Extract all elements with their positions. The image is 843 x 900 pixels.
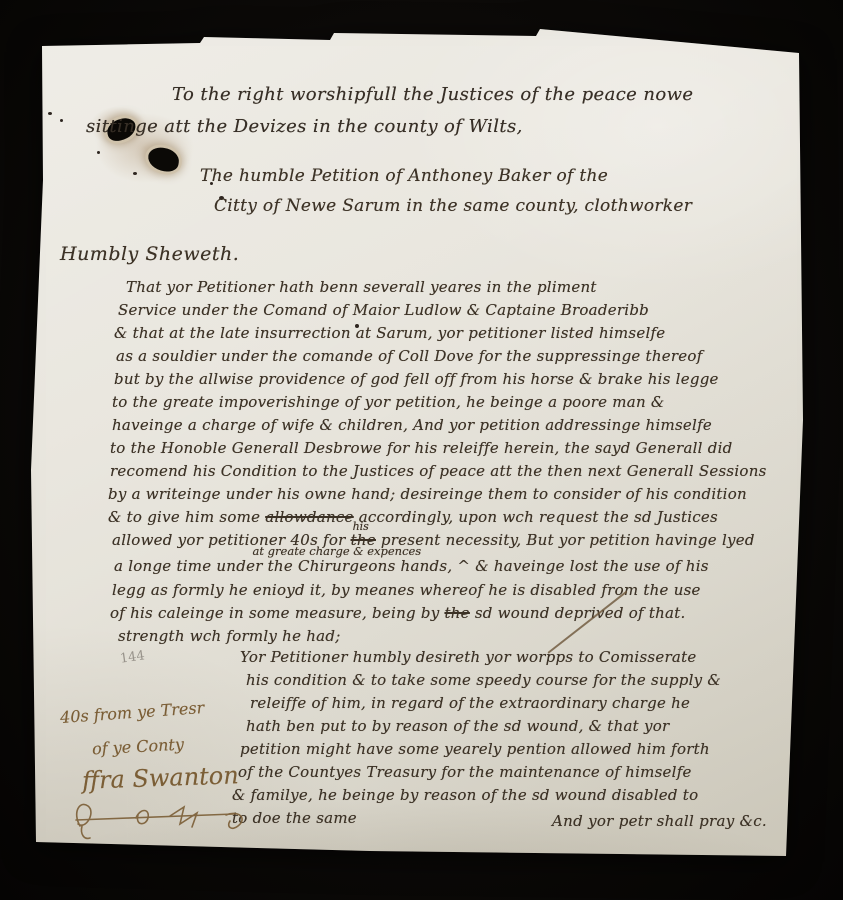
paper-shadow-wrap: To the right worshipfull the Justices of…	[0, 0, 843, 900]
ink-speck	[60, 119, 63, 122]
interlined-word: his	[353, 520, 369, 533]
heading-line-2: sittinge att the Devizes in the county o…	[86, 116, 523, 137]
prayer-line: releiffe of him, in regard of the extrao…	[250, 694, 690, 712]
body-text: sd wound deprived of that.	[470, 604, 686, 622]
petition-title-line-2: Citty of Newe Sarum in the same county, …	[214, 196, 692, 216]
body-text: present necessity, But yor petition havi…	[376, 531, 755, 549]
body-line: haveinge a charge of wife & children, An…	[112, 416, 712, 434]
anchor-word: hands,at greate charge & expences	[401, 557, 453, 575]
body-text: a longe time under the Chirurgeons	[114, 557, 401, 575]
body-line: recomend his Condition to the Justices o…	[110, 462, 767, 480]
body-line: That yor Petitioner hath benn severall y…	[126, 278, 597, 296]
petition-title-line-1: The humble Petition of Anthoney Baker of…	[200, 166, 608, 186]
pencil-mark: We	[76, 843, 91, 854]
body-line: legg as formly he enioyd it, by meanes w…	[112, 581, 701, 599]
ink-speck	[97, 151, 100, 154]
body-line: by a writeinge under his owne hand; desi…	[108, 485, 747, 503]
prayer-line: of the Countyes Treasury for the mainten…	[238, 763, 692, 781]
struck-word: the	[444, 604, 469, 622]
ink-speck	[133, 172, 137, 175]
body-line: Service under the Comand of Maior Ludlow…	[118, 301, 649, 319]
ink-speck	[48, 112, 52, 115]
prayer-line: petition might have some yearely pention…	[240, 740, 710, 758]
prayer-line: his condition & to take some speedy cour…	[246, 671, 721, 689]
pencil-folio-number: 144	[119, 648, 146, 666]
photograph-of-manuscript: To the right worshipfull the Justices of…	[0, 0, 843, 900]
signature: ffra Swanton	[82, 761, 240, 794]
body-text: & to give him some	[108, 508, 265, 526]
body-line: to the greate impoverishinge of yor peti…	[112, 393, 665, 411]
salutation: Humbly Sheweth.	[60, 243, 239, 265]
body-line: strength wch formly he had;	[118, 627, 341, 645]
body-line: as a souldier under the comande of Coll …	[116, 347, 703, 365]
margin-note-line-2: of ye Conty	[92, 735, 185, 759]
closing-line: And yor petr shall pray &c.	[552, 812, 767, 830]
body-line-with-strikethrough: & to give him some allowdance accordingl…	[108, 508, 718, 526]
margin-note-line-1: 40s from ye Tresr	[60, 698, 205, 727]
prayer-line: hath ben put to by reason of the sd woun…	[246, 717, 669, 735]
body-line: & that at the late insurrection at Sarum…	[114, 324, 665, 342]
body-text: ^ & haveinge lost the use of his	[452, 557, 708, 575]
body-line: to the Honoble Generall Desbrowe for his…	[110, 439, 733, 457]
body-line: but by the allwise providence of god fel…	[114, 370, 719, 388]
interlined-phrase: at greate charge & expences	[253, 544, 422, 558]
worm-hole-2	[147, 146, 181, 173]
struck-word: allowdance	[265, 508, 353, 526]
manuscript-paper: To the right worshipfull the Justices of…	[0, 0, 843, 900]
prayer-line: & familye, he beinge by reason of the sd…	[232, 786, 698, 804]
signature-flourish	[66, 792, 266, 848]
heading-line-1: To the right worshipfull the Justices of…	[172, 84, 693, 105]
prayer-line: Yor Petitioner humbly desireth yor worpp…	[240, 648, 697, 666]
body-line-with-interlineation: allowed yor petitioner 40s for thehis pr…	[112, 531, 755, 549]
pen-flourish-stroke	[547, 591, 627, 654]
body-text: of his caleinge in some measure, being b…	[110, 604, 444, 622]
body-line-with-interlineation: a longe time under the Chirurgeons hands…	[114, 557, 709, 575]
body-text: accordingly, upon wch request the sd Jus…	[354, 508, 718, 526]
